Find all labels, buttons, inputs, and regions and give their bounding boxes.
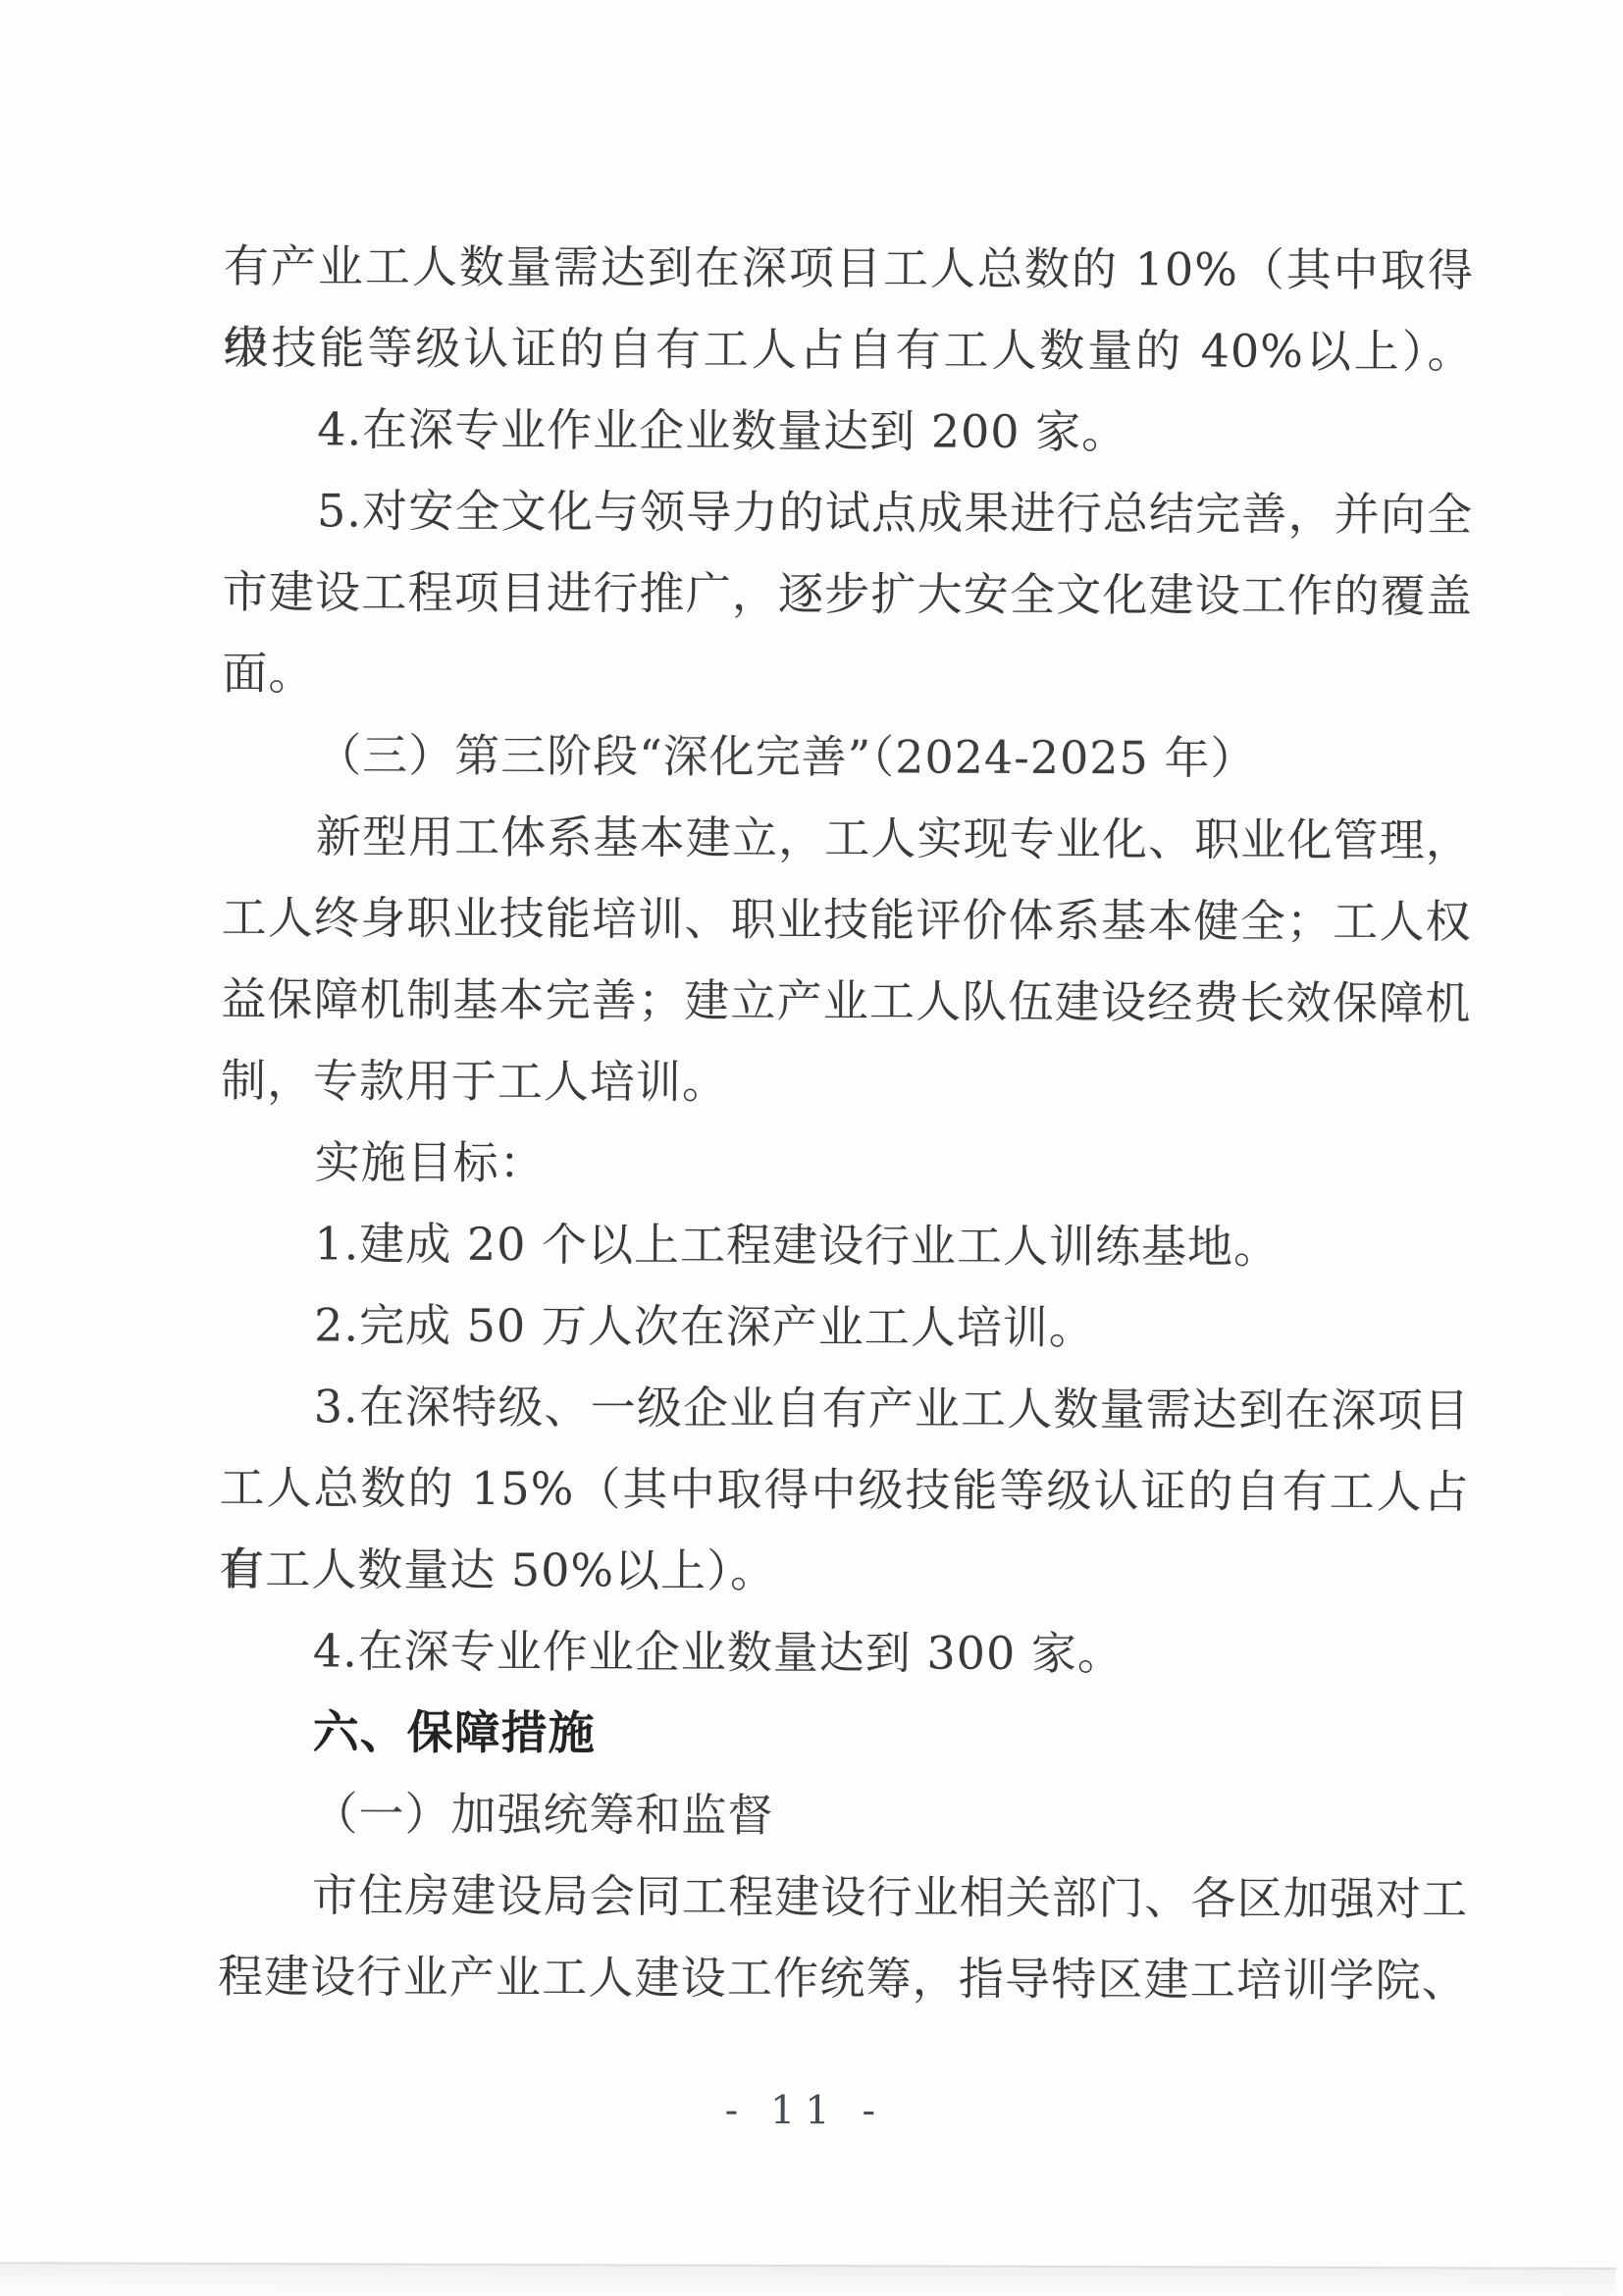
text-line: 工人总数的 15%（其中取得中级技能等级认证的自有工人占自 bbox=[219, 1447, 1469, 1533]
text-line: 4.在深专业作业企业数量达到 200 家。 bbox=[223, 389, 1473, 474]
text-line: 有产业工人数量需达到在深项目工人总数的 10%（其中取得中 bbox=[224, 226, 1474, 311]
document-body-text: 有产业工人数量需达到在深项目工人总数的 10%（其中取得中级技能等级认证的自有工… bbox=[218, 226, 1474, 2021]
text-line: 实施目标： bbox=[221, 1122, 1471, 1207]
text-line: 有工人数量达 50%以上）。 bbox=[219, 1529, 1469, 1614]
text-line: 5.对安全文化与领导力的试点成果进行总结完善，并向全 bbox=[223, 470, 1473, 555]
text-line: 六、保障措施 bbox=[219, 1692, 1469, 1777]
text-line: 4.在深专业作业企业数量达到 300 家。 bbox=[219, 1610, 1469, 1696]
page-sheet: 有产业工人数量需达到在深项目工人总数的 10%（其中取得中级技能等级认证的自有工… bbox=[0, 0, 1623, 2296]
text-line: 级技能等级认证的自有工人占自有工人数量的 40%以上）。 bbox=[223, 307, 1473, 392]
text-line: 市建设工程项目进行推广，逐步扩大安全文化建设工作的覆盖 bbox=[223, 551, 1473, 637]
text-line: （一）加强统筹和监督 bbox=[218, 1773, 1468, 1858]
text-line: 制，专款用于工人培训。 bbox=[221, 1040, 1471, 1125]
page-number: - 11 - bbox=[0, 2085, 1616, 2136]
text-line: 程建设行业产业工人建设工作统筹，指导特区建工培训学院、 bbox=[218, 1936, 1468, 2021]
scan-edge-artifact bbox=[0, 2262, 1616, 2296]
text-line: 面。 bbox=[222, 633, 1472, 718]
text-line: 3.在深特级、一级企业自有产业工人数量需达到在深项目 bbox=[220, 1366, 1470, 1451]
text-line: 新型用工体系基本建立，工人实现专业化、职业化管理， bbox=[222, 796, 1472, 881]
text-line: 工人终身职业技能培训、职业技能评价体系基本健全；工人权 bbox=[221, 877, 1471, 963]
text-line: （三）第三阶段“深化完善”（2024-2025 年） bbox=[222, 714, 1472, 800]
text-line: 2.完成 50 万人次在深产业工人培训。 bbox=[220, 1284, 1470, 1370]
text-line: 益保障机制基本完善；建立产业工人队伍建设经费长效保障机 bbox=[221, 959, 1471, 1044]
scanned-document-page: 有产业工人数量需达到在深项目工人总数的 10%（其中取得中级技能等级认证的自有工… bbox=[0, 0, 1623, 2296]
text-line: 1.建成 20 个以上工程建设行业工人训练基地。 bbox=[220, 1203, 1470, 1288]
text-line: 市住房建设局会同工程建设行业相关部门、各区加强对工 bbox=[218, 1854, 1468, 1940]
